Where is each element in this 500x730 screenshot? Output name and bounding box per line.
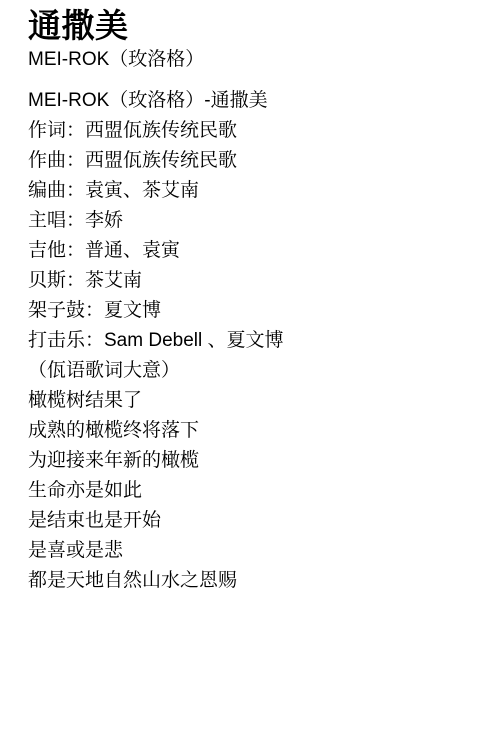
lyrics-block: MEI-ROK（玫洛格）-通撒美作词：西盟佤族传统民歌作曲：西盟佤族传统民歌编曲… xyxy=(28,86,480,596)
text-line: 成熟的橄榄终将落下 xyxy=(28,416,480,446)
text-line: 橄榄树结果了 xyxy=(28,386,480,416)
text-line: 作曲：西盟佤族传统民歌 xyxy=(28,146,480,176)
song-title: 通撒美 xyxy=(28,5,480,47)
lyrics-page: 通撒美 MEI-ROK（玫洛格） MEI-ROK（玫洛格）-通撒美作词：西盟佤族… xyxy=(0,0,500,596)
text-line: 主唱：李娇 xyxy=(28,206,480,236)
text-line: 贝斯：茶艾南 xyxy=(28,266,480,296)
text-line: 编曲：袁寅、茶艾南 xyxy=(28,176,480,206)
text-line: （佤语歌词大意） xyxy=(28,356,480,386)
text-line: 生命亦是如此 xyxy=(28,476,480,506)
text-line: 架子鼓：夏文博 xyxy=(28,296,480,326)
text-line: MEI-ROK（玫洛格）-通撒美 xyxy=(28,86,480,116)
text-line: 都是天地自然山水之恩赐 xyxy=(28,566,480,596)
text-line: 打击乐：Sam Debell 、夏文博 xyxy=(28,326,480,356)
text-line: 是喜或是悲 xyxy=(28,536,480,566)
text-line: 吉他：普通、袁寅 xyxy=(28,236,480,266)
text-line: 为迎接来年新的橄榄 xyxy=(28,446,480,476)
song-artist: MEI-ROK（玫洛格） xyxy=(28,47,480,72)
text-line: 作词：西盟佤族传统民歌 xyxy=(28,116,480,146)
text-line: 是结束也是开始 xyxy=(28,506,480,536)
